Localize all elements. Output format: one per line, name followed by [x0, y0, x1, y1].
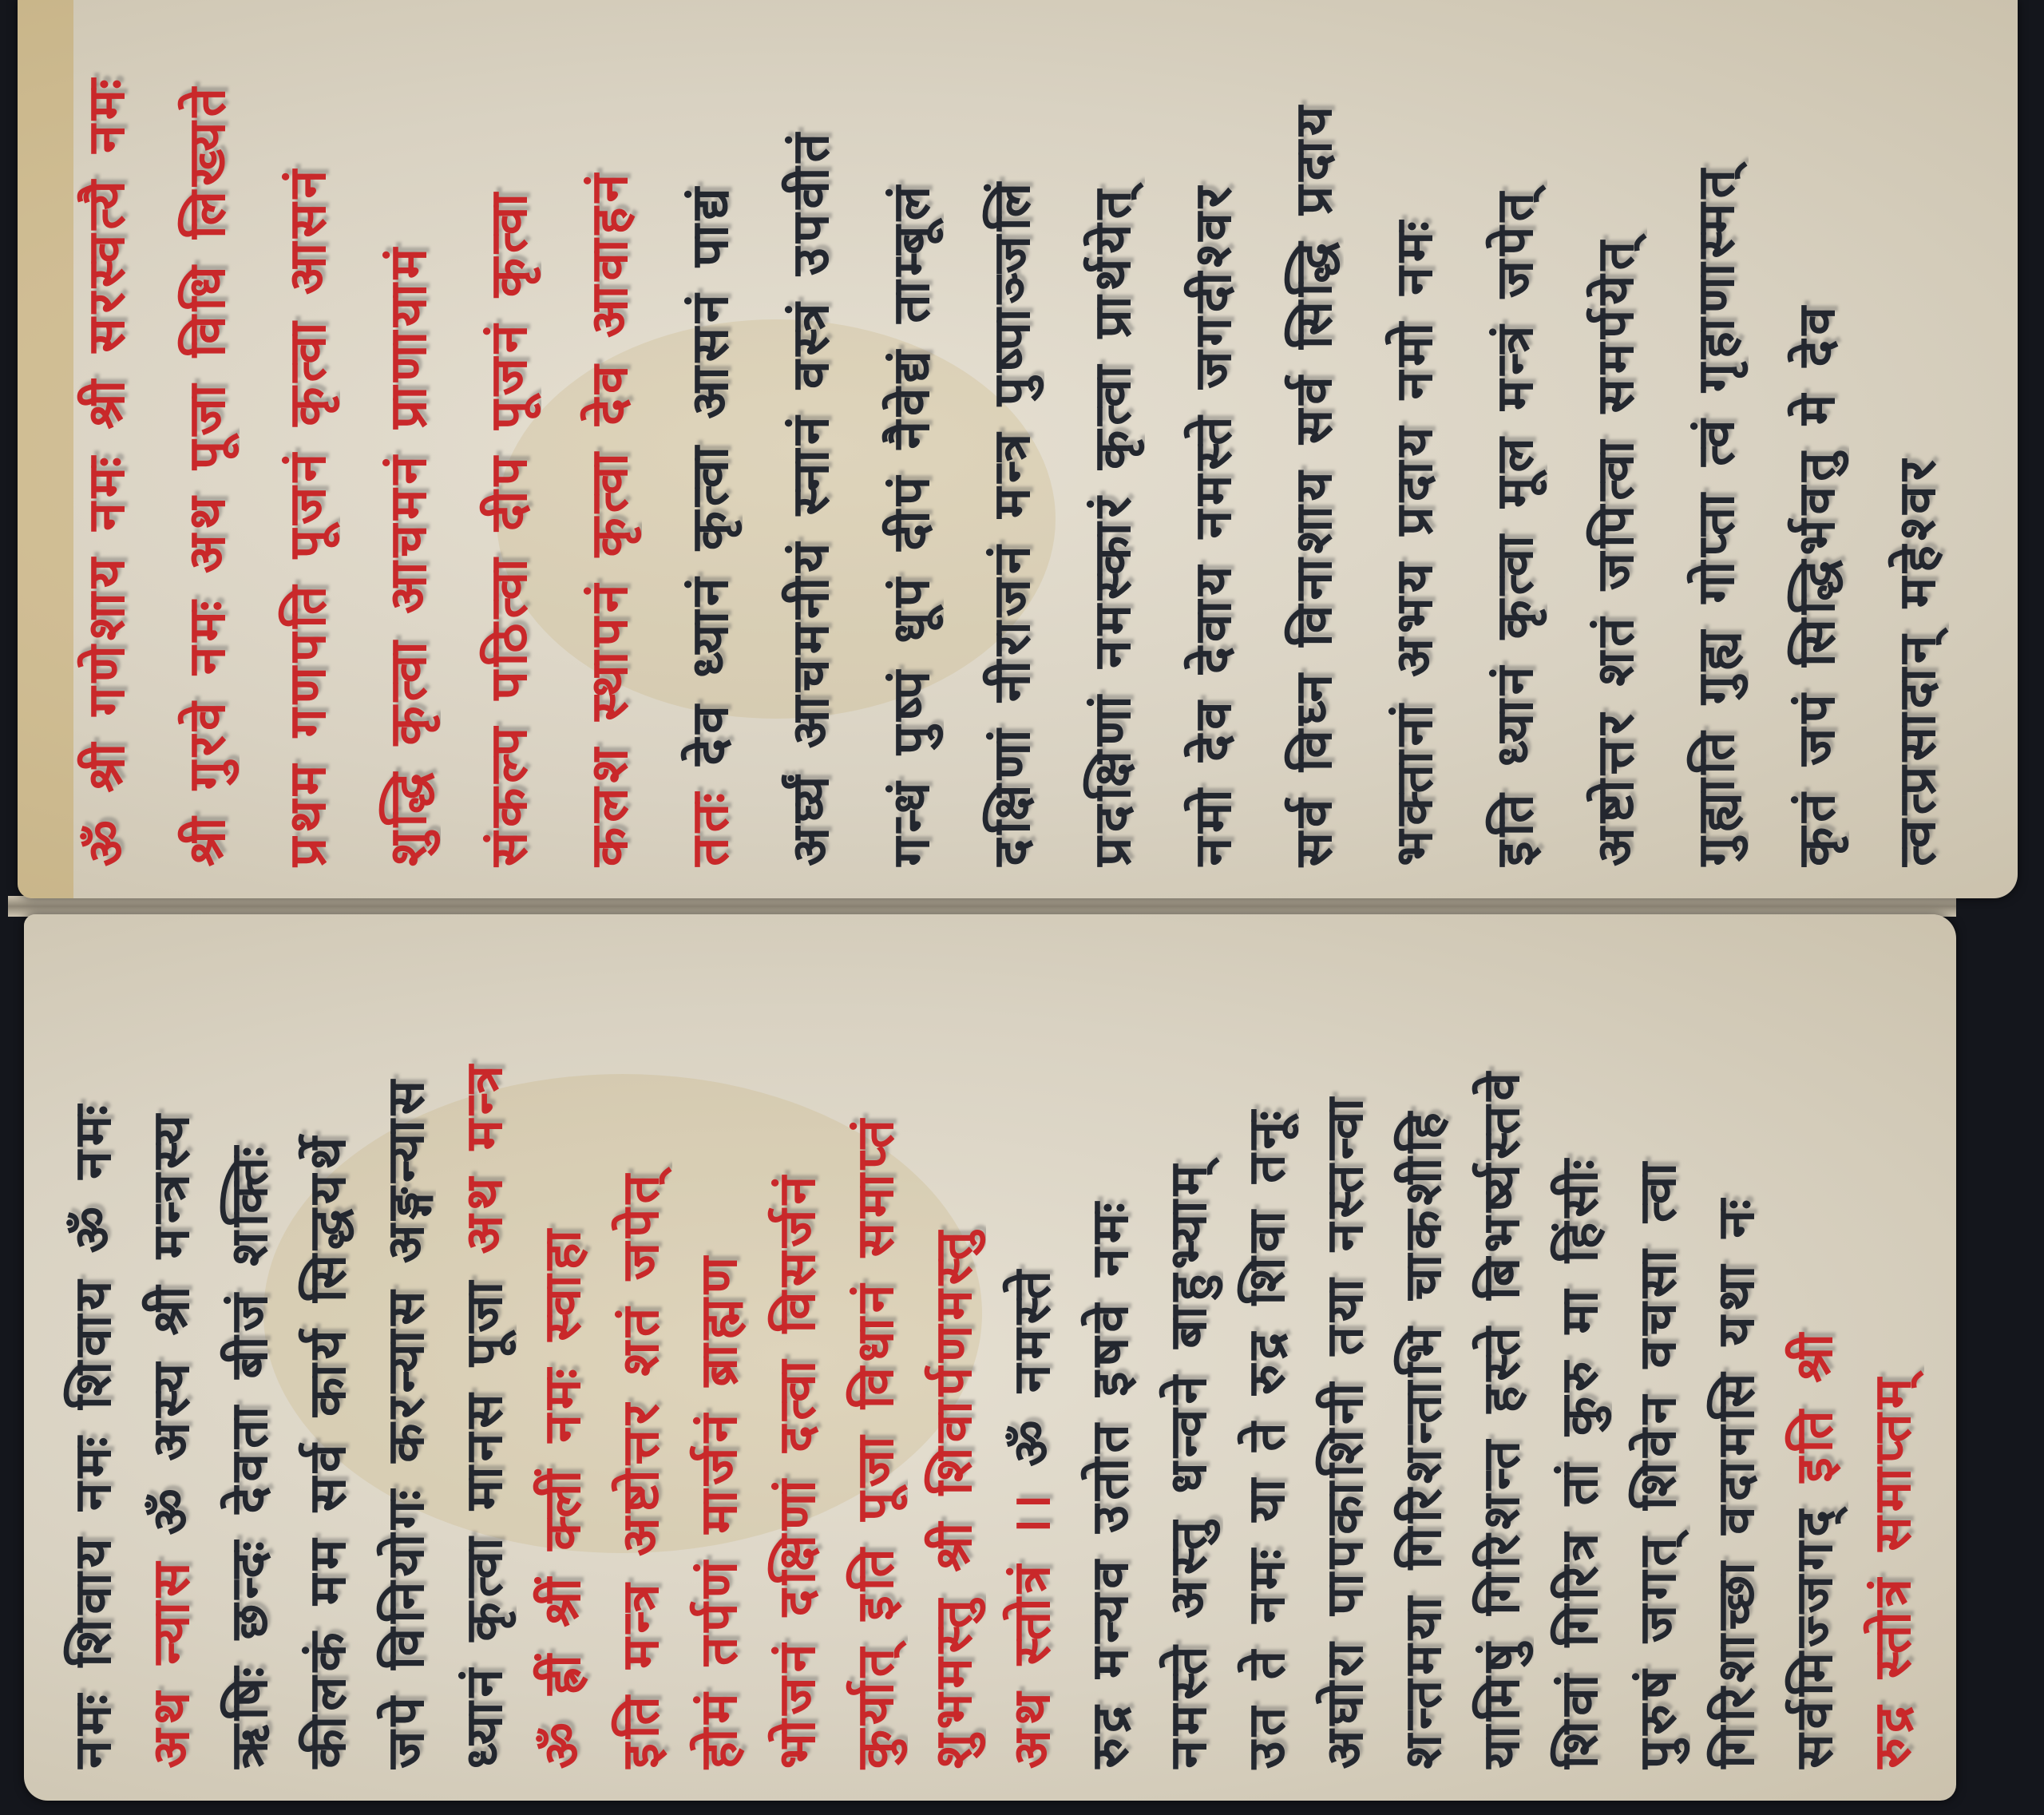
manuscript-line: प्रदक्षिणां नमस्कारं कृत्वा प्रार्थयेत्: [1087, 185, 1139, 866]
manuscript-line: नमः शिवाय नमः शिवाय ॐ नमः: [68, 1100, 119, 1769]
manuscript-line: अथ न्यास ॐ अस्य श्री मन्त्रस्य: [146, 1110, 197, 1769]
manuscript-line: सर्वमिज्जगद् इति श्री: [1789, 1329, 1840, 1769]
manuscript-line: कुर्यात् इति पूजा विधानं समाप्तं: [850, 1115, 901, 1769]
manuscript-line: कलश स्थापनं कृत्वा देव आवाहनं: [584, 169, 636, 866]
manuscript-line: रुद्र मन्यव उतोत इषवे नमः: [1085, 1198, 1136, 1769]
manuscript-line: कीलकं मम सर्व कार्य सिद्धयर्थे: [303, 1132, 354, 1769]
manuscript-bottom-page: नमः शिवाय नमः शिवाय ॐ नमःअथ न्यास ॐ अस्य…: [24, 914, 1956, 1801]
manuscript-line: ॐ ह्रीं श्रीं क्लीं नमः स्वाहा: [537, 1225, 588, 1769]
manuscript-line: प्रथम गणपति पूजनं कृत्वा आसनं: [283, 165, 334, 866]
manuscript-line: अघोरा पापकाशिनी तया नस्तन्वा: [1320, 1093, 1371, 1769]
manuscript-line: सर्व विघ्न विनाशाय सर्व सिद्धि प्रदाय: [1289, 101, 1340, 866]
manuscript-line-segment: अथ न्यास: [142, 1558, 201, 1769]
manuscript-line: शुभमस्तु श्री शिवार्पणमस्तु: [929, 1227, 980, 1769]
manuscript-line: इति ध्यानं कृत्वा मूल मन्त्रं जपेत्: [1490, 188, 1541, 866]
manuscript-line-segment: ध्यानं कृत्वा मानस पूजा: [455, 1254, 514, 1769]
manuscript-line: गन्धं पुष्पं धूपं दीपं नैवेद्यं ताम्बूलं: [886, 181, 937, 866]
manuscript-line: शुद्धि कृत्वा आचमनं प्राणायामं: [383, 244, 434, 866]
manuscript-line: संकल्प पठित्वा दीप पूजनं कृत्वा: [484, 188, 535, 866]
manuscript-line-segment: सर्वमिज्जगद्: [1785, 1483, 1844, 1769]
manuscript-line: होमं तर्पणं मार्जनं ब्राह्मण: [694, 1252, 745, 1769]
manuscript-line: गिरिशाच्छा वदामसि यथा नः: [1711, 1195, 1762, 1769]
manuscript-line: ॐ श्री गणेशाय नमः श्री सरस्वत्यै नमः: [81, 74, 133, 866]
manuscript-line-segment: अथ मन्त्र: [455, 1060, 514, 1254]
manuscript-top-page: ॐ श्री गणेशाय नमः श्री सरस्वत्यै नमःश्री…: [18, 0, 2018, 898]
manuscript-line-segment: देव ध्यानं कृत्वा आसनं पाद्यं: [681, 183, 740, 788]
manuscript-line-segment: इति श्री: [1785, 1329, 1844, 1483]
manuscript-line: दक्षिणां नीराजनं मन्त्र पुष्पाञ्जलिं: [987, 178, 1038, 866]
manuscript-line: पुरुषं जगत् शिवेन वचसा त्वा: [1633, 1158, 1684, 1769]
manuscript-line: ध्यानं कृत्वा मानस पूजा अथ मन्त्र: [459, 1060, 510, 1769]
manuscript-line: रुद्र स्तोत्रं समाप्तम्: [1868, 1373, 1919, 1769]
manuscript-line: श्री गुरवे नमः अथ पूजा विधि लिख्यते: [182, 83, 233, 866]
manuscript-line: नमो देव देवाय नमस्ते जगदीश्वर: [1188, 182, 1239, 866]
manuscript-line: त्वत्प्रसादान् महेश्वर: [1892, 455, 1943, 866]
manuscript-line: भोजनं दक्षिणां दत्वा विसर्जनं: [772, 1171, 823, 1769]
manuscript-line-segment: ॐ नमस्ते: [1003, 1266, 1062, 1489]
manuscript-line: गुह्याति गुह्य गोप्ता त्वं गृहाणास्मत्: [1691, 164, 1742, 866]
manuscript-line: अष्टोत्तर शतं जपित्वा समर्पयेत्: [1590, 236, 1642, 866]
manuscript-line: शिवां गिरित्र तां कुरु मा हिंसीः: [1555, 1155, 1606, 1769]
manuscript-line: भक्तानां अभय प्रदाय नमो नमः: [1389, 216, 1440, 866]
paper-edge-stain: [18, 0, 73, 898]
manuscript-line: कृतं जपं सिद्धिर्भवतु मे देव: [1792, 302, 1843, 866]
manuscript-line: अर्घ्यं आचमनीयं स्नानं वस्त्रं उपवीतं: [786, 129, 837, 866]
manuscript-line: उत ते नमः या ते रुद्र शिवा तनूः: [1242, 1106, 1293, 1769]
manuscript-line: शन्तमया गिरिशन्ताभि चाकशीहि: [1398, 1108, 1449, 1769]
manuscript-line: जपे विनियोगः करन्यास अङ्गन्यास: [381, 1076, 432, 1769]
manuscript-line-segment: अथ स्तोत्रं ।।: [1003, 1489, 1062, 1769]
manuscript-line: ततः देव ध्यानं कृत्वा आसनं पाद्यं: [685, 183, 736, 866]
manuscript-line: अथ स्तोत्रं ।। ॐ नमस्ते: [1007, 1266, 1058, 1769]
manuscript-line: नमस्ते अस्तु धन्वने बाहुभ्याम्: [1163, 1160, 1214, 1769]
manuscript-line-segment: ॐ अस्य श्री मन्त्रस्य: [142, 1110, 201, 1558]
manuscript-line: ऋषिः छन्दः देवता बीजं शक्तिः: [224, 1142, 275, 1769]
manuscript-line-segment: ततः: [681, 788, 740, 866]
manuscript-line: इति मन्त्र अष्टोत्तर शतं जपेत्: [616, 1170, 667, 1769]
manuscript-line: यामिषुं गिरिशन्त हस्ते बिभर्ष्यस्तवे: [1476, 1068, 1527, 1769]
